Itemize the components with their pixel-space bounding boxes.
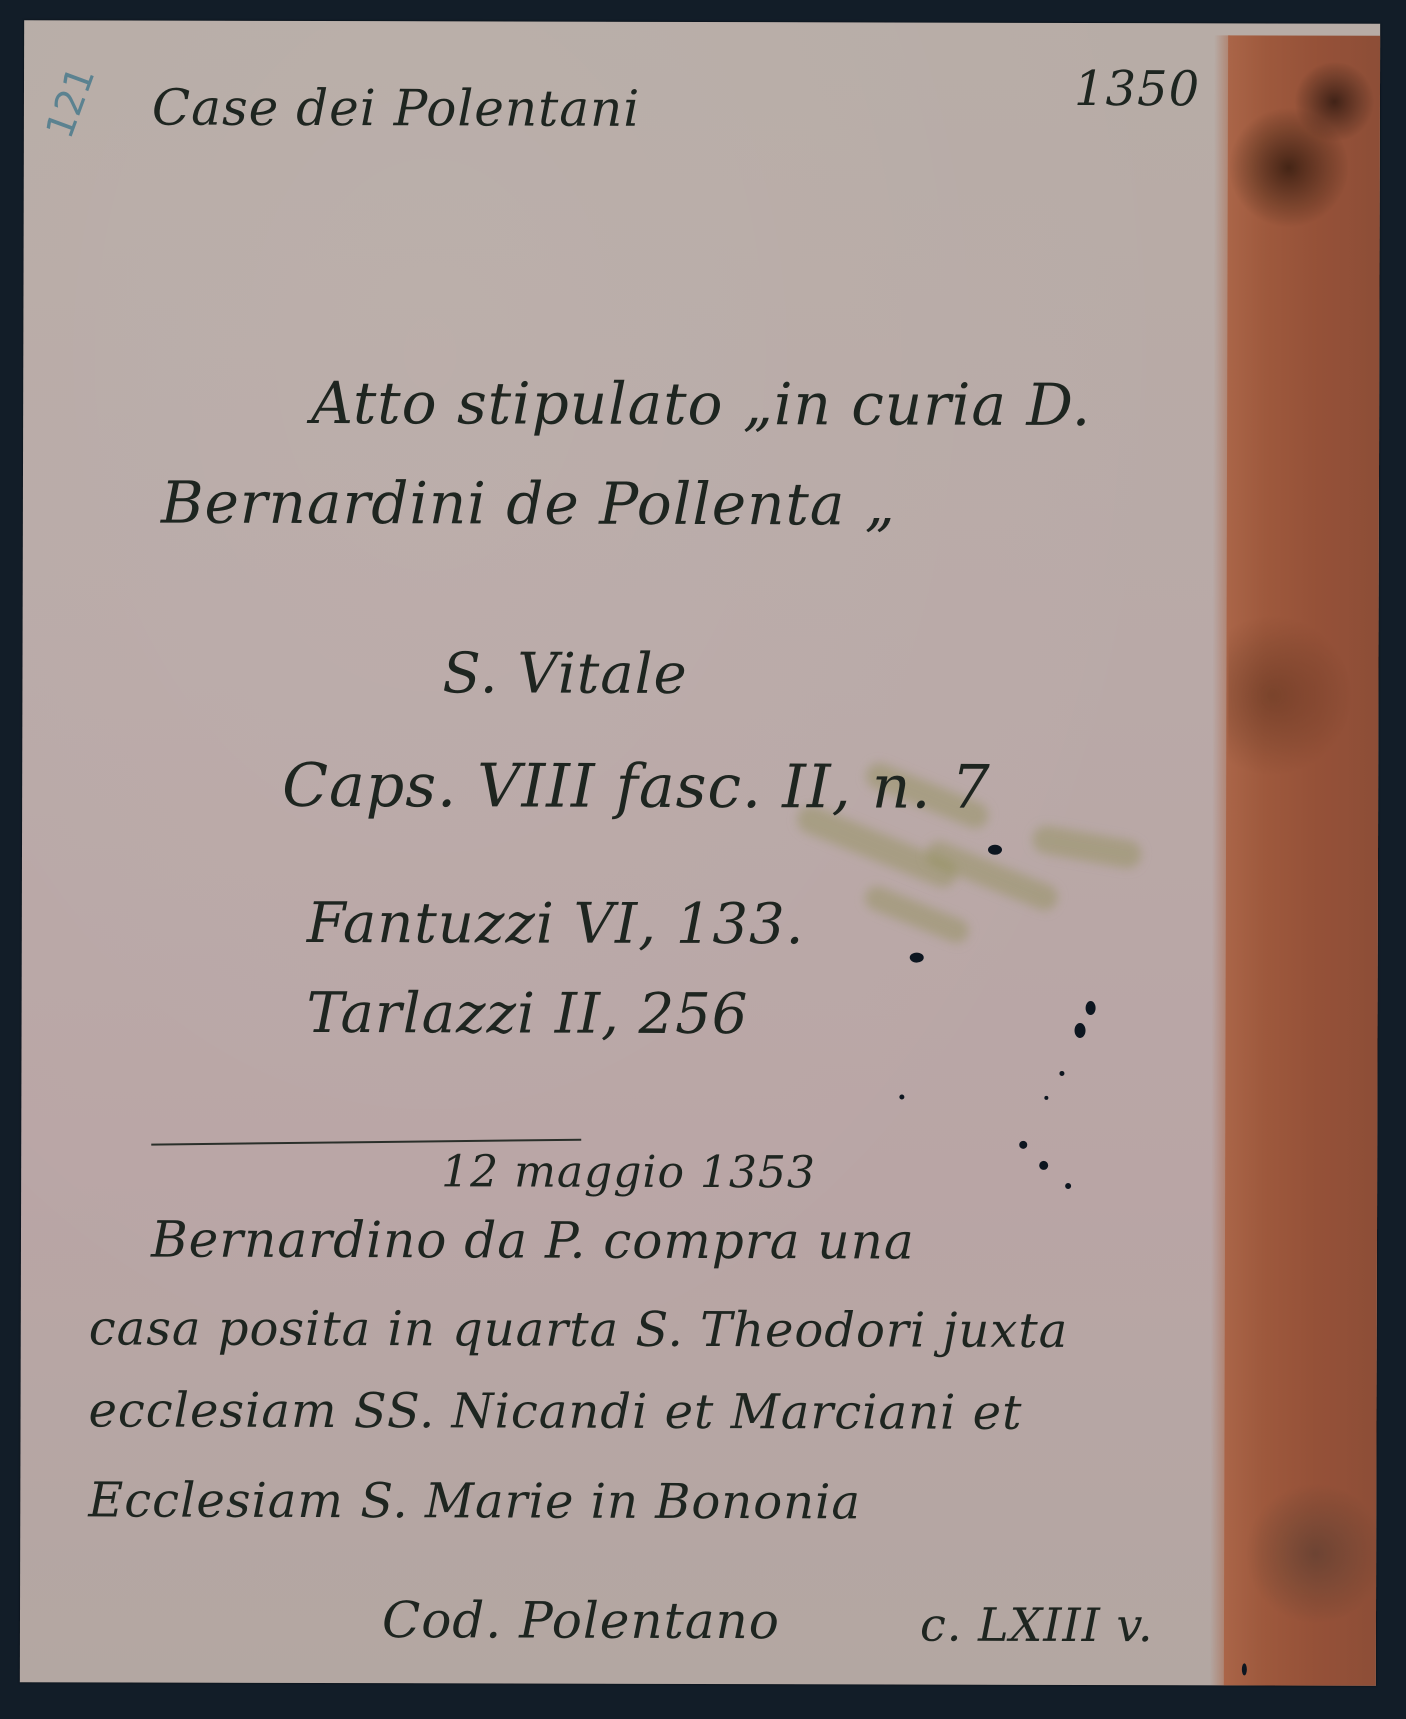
reference-fantuzzi: Fantuzzi VI, 133. bbox=[307, 891, 805, 957]
ink-spot bbox=[1086, 1001, 1096, 1015]
ink-spot bbox=[1059, 1071, 1064, 1076]
header-title: Case dei Polentani bbox=[152, 79, 640, 138]
ink-spot bbox=[899, 1095, 904, 1100]
ink-spot bbox=[910, 953, 924, 963]
note-card: 121 Case dei Polentani 1350 Atto stipula… bbox=[20, 20, 1380, 1686]
entry-line-3: ecclesiam SS. Nicandi et Marciani et bbox=[88, 1382, 1022, 1440]
scan-background: 121 Case dei Polentani 1350 Atto stipula… bbox=[0, 0, 1406, 1719]
ink-spot bbox=[988, 845, 1002, 855]
entry-date: 12 maggio 1353 bbox=[441, 1146, 816, 1198]
reference-capsula: Caps. VIII fasc. II, n. 7 bbox=[282, 751, 991, 823]
entry-line-1: Bernardino da P. compra una bbox=[151, 1211, 915, 1271]
entry-line-2: casa posita in quarta S. Theodori juxta bbox=[89, 1300, 1069, 1359]
reference-tarlazzi: Tarlazzi II, 256 bbox=[306, 981, 748, 1047]
location: S. Vitale bbox=[442, 641, 687, 707]
body-line-2: Bernardini de Pollenta „ bbox=[161, 469, 896, 539]
ink-spot bbox=[1242, 1663, 1247, 1675]
ink-spot bbox=[1019, 1141, 1027, 1149]
ink-spot bbox=[1039, 1161, 1048, 1170]
header-year: 1350 bbox=[1074, 61, 1200, 117]
body-line-1: Atto stipulato „in curia D. bbox=[311, 369, 1091, 439]
brown-discoloration-strip bbox=[1224, 35, 1380, 1685]
entry-line-4: Ecclesiam S. Marie in Bononia bbox=[88, 1472, 861, 1530]
footer-folio: c. LXIII v. bbox=[920, 1598, 1154, 1653]
stain bbox=[861, 883, 972, 947]
archive-number: 121 bbox=[37, 61, 103, 144]
separator-line bbox=[151, 1139, 581, 1146]
ink-spot bbox=[1044, 1096, 1048, 1100]
footer-source: Cod. Polentano bbox=[382, 1591, 780, 1650]
ink-spot bbox=[1075, 1023, 1086, 1038]
ink-spot bbox=[1065, 1183, 1071, 1189]
stain bbox=[1030, 824, 1143, 871]
